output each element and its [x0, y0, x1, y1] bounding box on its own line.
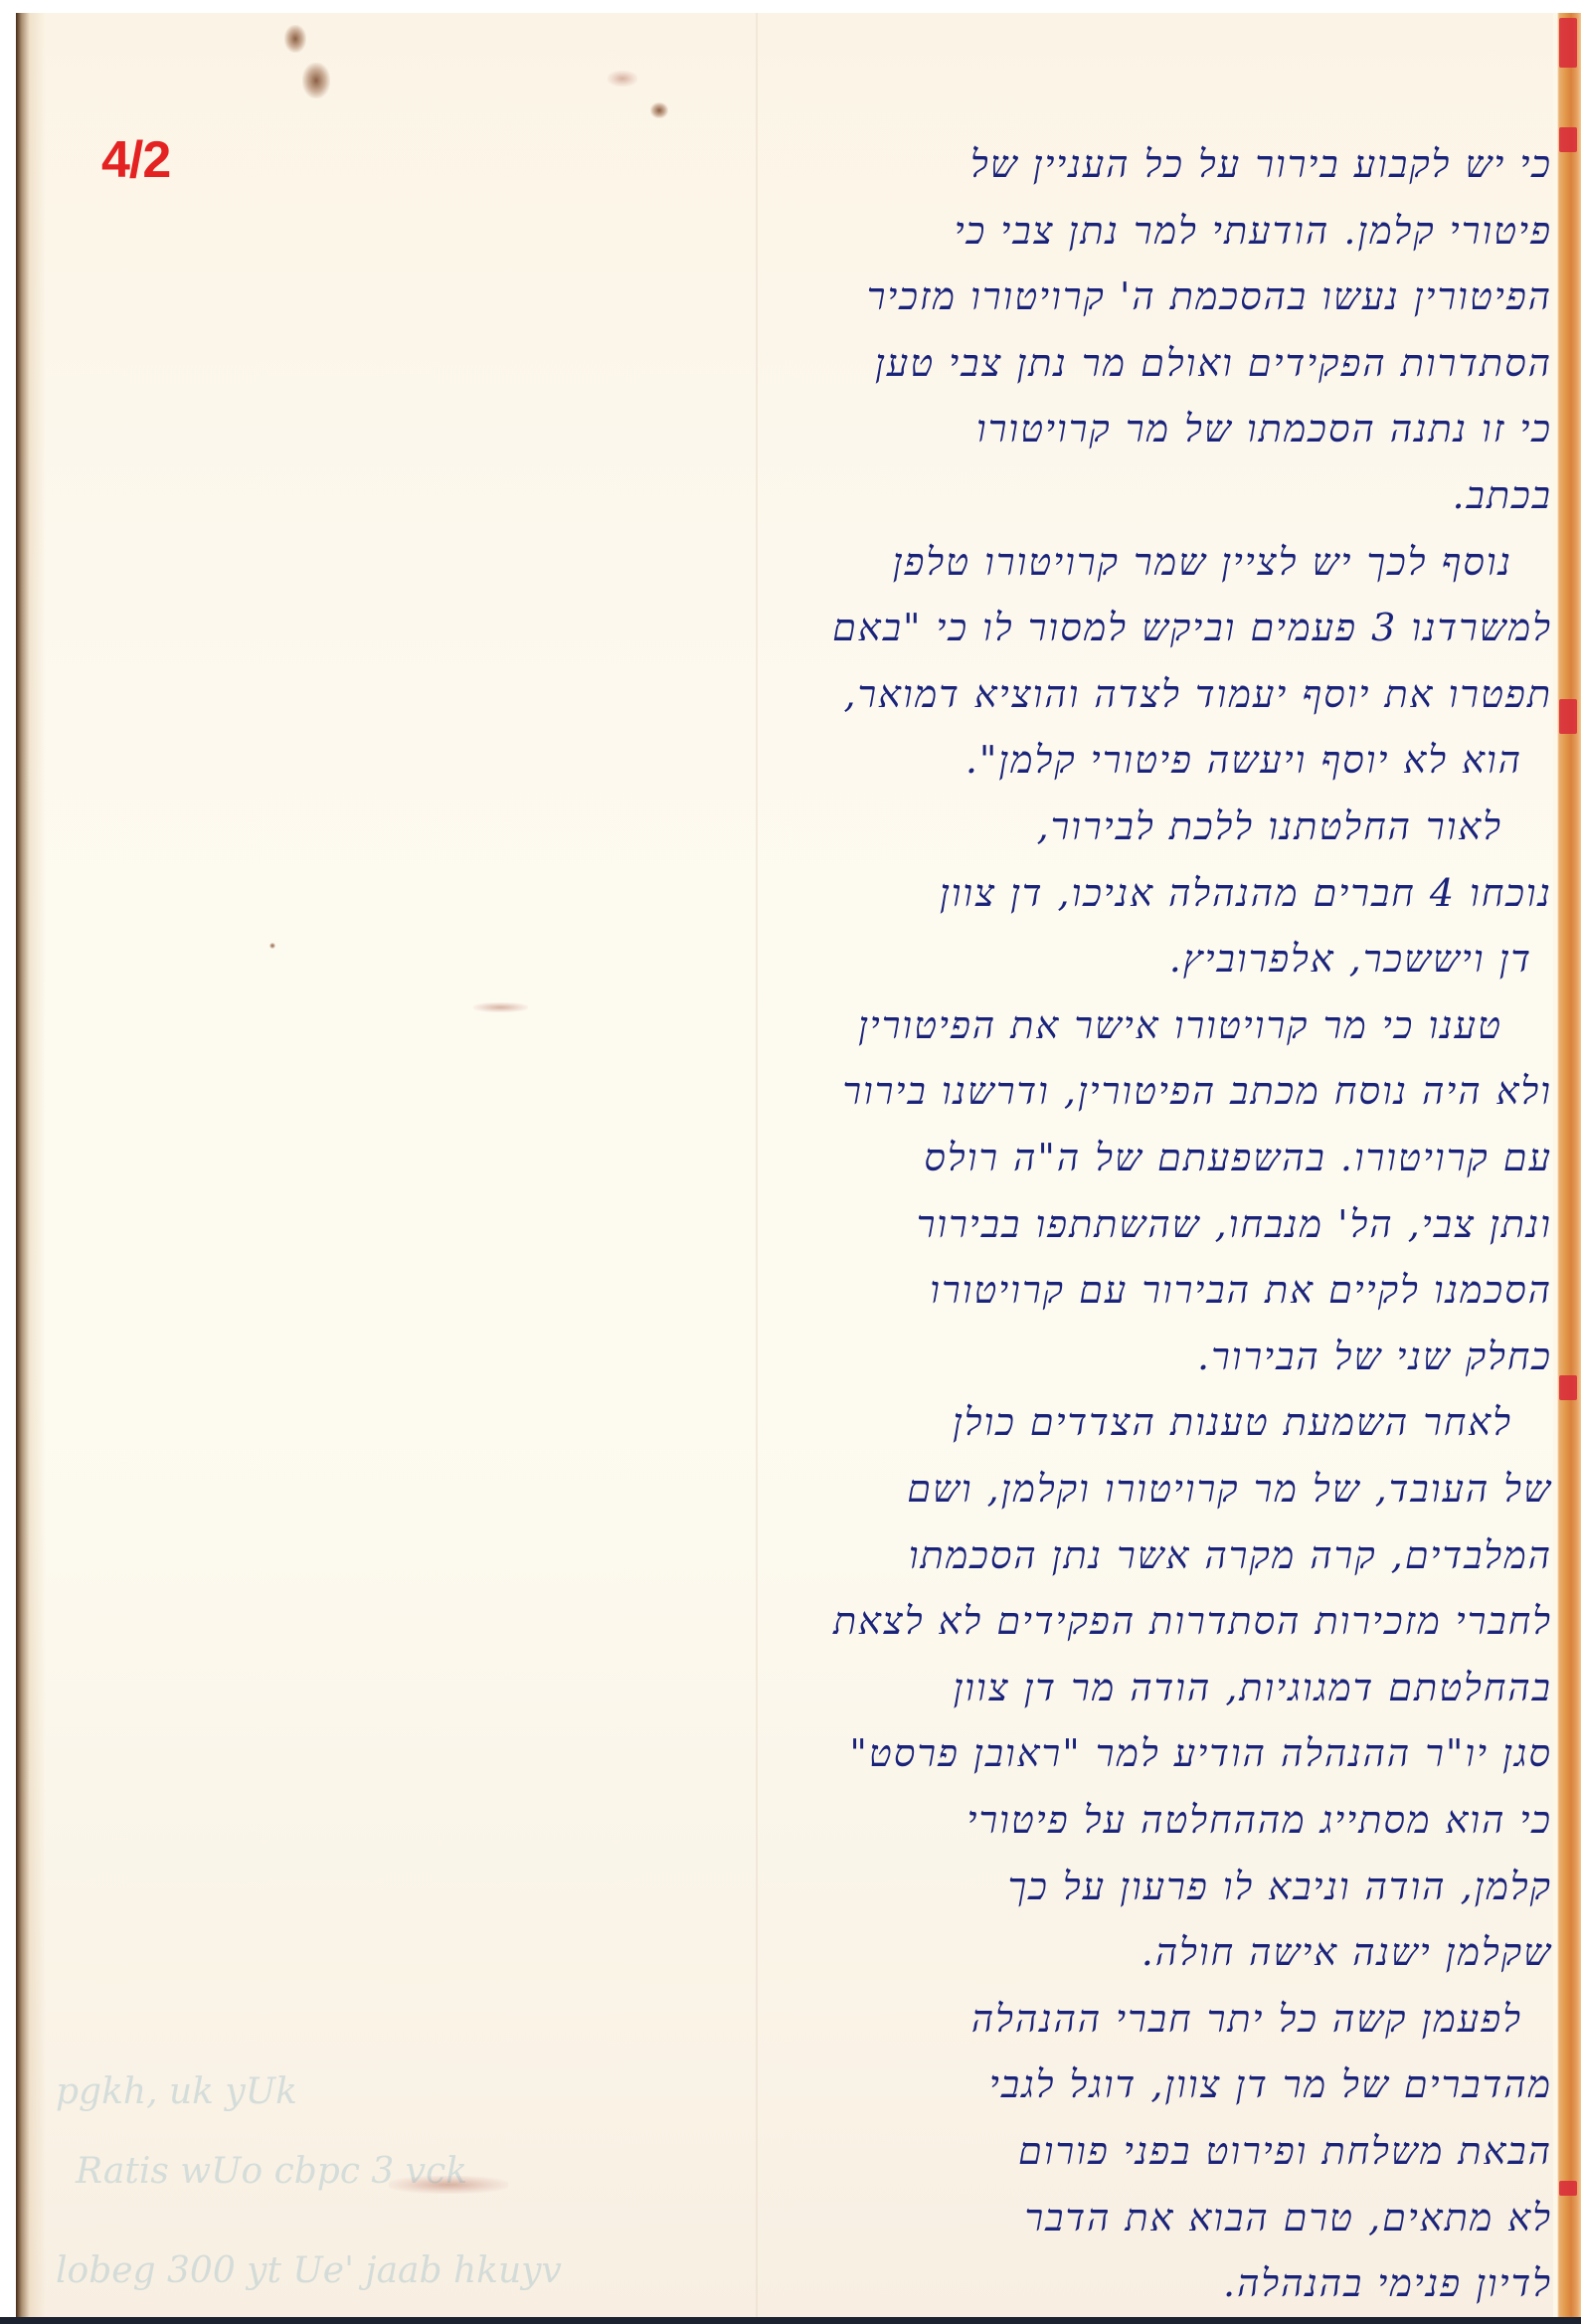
letter-line: ולא היה נוסח מכתב הפיטורין, ודרשנו בירור [842, 1061, 1552, 1121]
letter-line: המלבדים, קרה מקרה אשר נתן הסכמתו [909, 1525, 1552, 1585]
bleed-through-line: lobeg 300 yt Ue' jaab hkuyv [56, 2250, 562, 2291]
bleed-through-line: Ratis wUo cbpc 3 vck [76, 2151, 467, 2192]
edge-red-mark [1559, 699, 1577, 734]
letter-line: לדיון פנימי בהנהלה. [1223, 2253, 1552, 2313]
bleed-through-line: pgkh, uk yUk [56, 2071, 297, 2112]
paper-stain [608, 71, 637, 87]
letter-line: לא מתאים, טרם הבוא את הדבר [1024, 2188, 1552, 2247]
letter-line: למשרדנו 3 פעמים וביקש למסור לו כי "באם [832, 598, 1552, 657]
letter-line: לחברי מזכירות הסתדרות הפקידים לא לצאת [833, 1591, 1552, 1651]
letter-line: של העובד, של מר קרויטורו וקלמן, ושם [907, 1459, 1552, 1519]
letter-line: הבאת משלחת ופירוט בפני פורום [1018, 2121, 1552, 2181]
letter-line: שקלמן ישנה אישה חולה. [1142, 1922, 1552, 1982]
edge-red-mark [1559, 2181, 1577, 2196]
letter-line: נוכחו 4 חברים מהנהלה אניכו, דן צוון [940, 863, 1552, 923]
letter-line: כי זו נתנה הסכמתו של מר קרויטורו [976, 399, 1552, 458]
letter-line: נוסף לכך יש לציין שמר קרויטורו טלפן [893, 532, 1512, 592]
letter-line: לאחר השמעת טענות הצדדים כולן [953, 1392, 1512, 1452]
letter-line: לפעמן קשה כל יתר חברי ההנהלה [971, 1989, 1522, 2049]
paper-stain [269, 943, 275, 949]
letter-line: סגן יו"ר ההנהלה הודיע למר "ראובן פרסט" [849, 1723, 1552, 1783]
letter-line: כי הוא מסתייג מההחלטה על פיטורי [966, 1790, 1552, 1850]
scan-bottom-border [0, 2317, 1581, 2324]
edge-red-mark [1559, 1375, 1577, 1400]
edge-red-mark [1559, 18, 1577, 68]
letter-line: פיטורי קלמן. הודעתי למר נתן צבי כי [955, 201, 1552, 261]
letter-line: בהחלטתם דמגוגיות, הודה מר דן צוון [954, 1658, 1552, 1717]
paper-stain [302, 63, 330, 98]
letter-line: מהדברים של מר דן צוון, דוגל לגבי [989, 2055, 1552, 2114]
letter-line: הסכמנו לקיים את הבירור עם קרויטורו [930, 1260, 1552, 1320]
edge-red-mark [1559, 127, 1577, 152]
letter-line: עם קרויטורו. בהשפעתם של ה"ה רולס [924, 1128, 1552, 1187]
page-number-label: 4/2 [101, 130, 170, 190]
letter-line: תפטרו את יוסף יעמוד לצדה והוציא דמואר, [843, 664, 1552, 724]
letter-line: דן ויששכר, אלפרוביץ. [1169, 929, 1532, 988]
letter-line: קלמן, הודה וניבא לו פרעון על כך [1008, 1857, 1552, 1916]
letter-line: כחלק שני של הבירור. [1197, 1327, 1552, 1386]
letter-line: בכתב. [1453, 465, 1552, 525]
paper-stain [650, 102, 668, 118]
letter-line: כי יש לקבוע בירור על כל העניין של [970, 134, 1552, 194]
letter-line: טענו כי מר קרויטורו אישר את הפיטורין [858, 995, 1502, 1055]
letter-line: ונתן צבי, הל' מנבחו, שהשתתפו בבירור [917, 1194, 1552, 1254]
letter-line: לאור החלטתנו ללכת לבירור, [1037, 797, 1502, 856]
letter-line: הפיטורין נעשו בהסכמת ה' קרויטורו מזכיר [867, 267, 1552, 326]
paper-stain [473, 1002, 528, 1012]
document-page: lobeg 300 yt Ue' jaab hkuyvRatis wUo cbp… [16, 13, 1581, 2318]
page-fold-line [756, 13, 758, 2318]
letter-line: הסתדרות הפקידים ואולם מר נתן צבי טען [875, 333, 1552, 393]
book-edge-strip [1553, 13, 1581, 2318]
paper-stain [284, 25, 306, 53]
letter-line: הוא לא יוסף ויעשה פיטורי קלמן". [966, 730, 1522, 790]
